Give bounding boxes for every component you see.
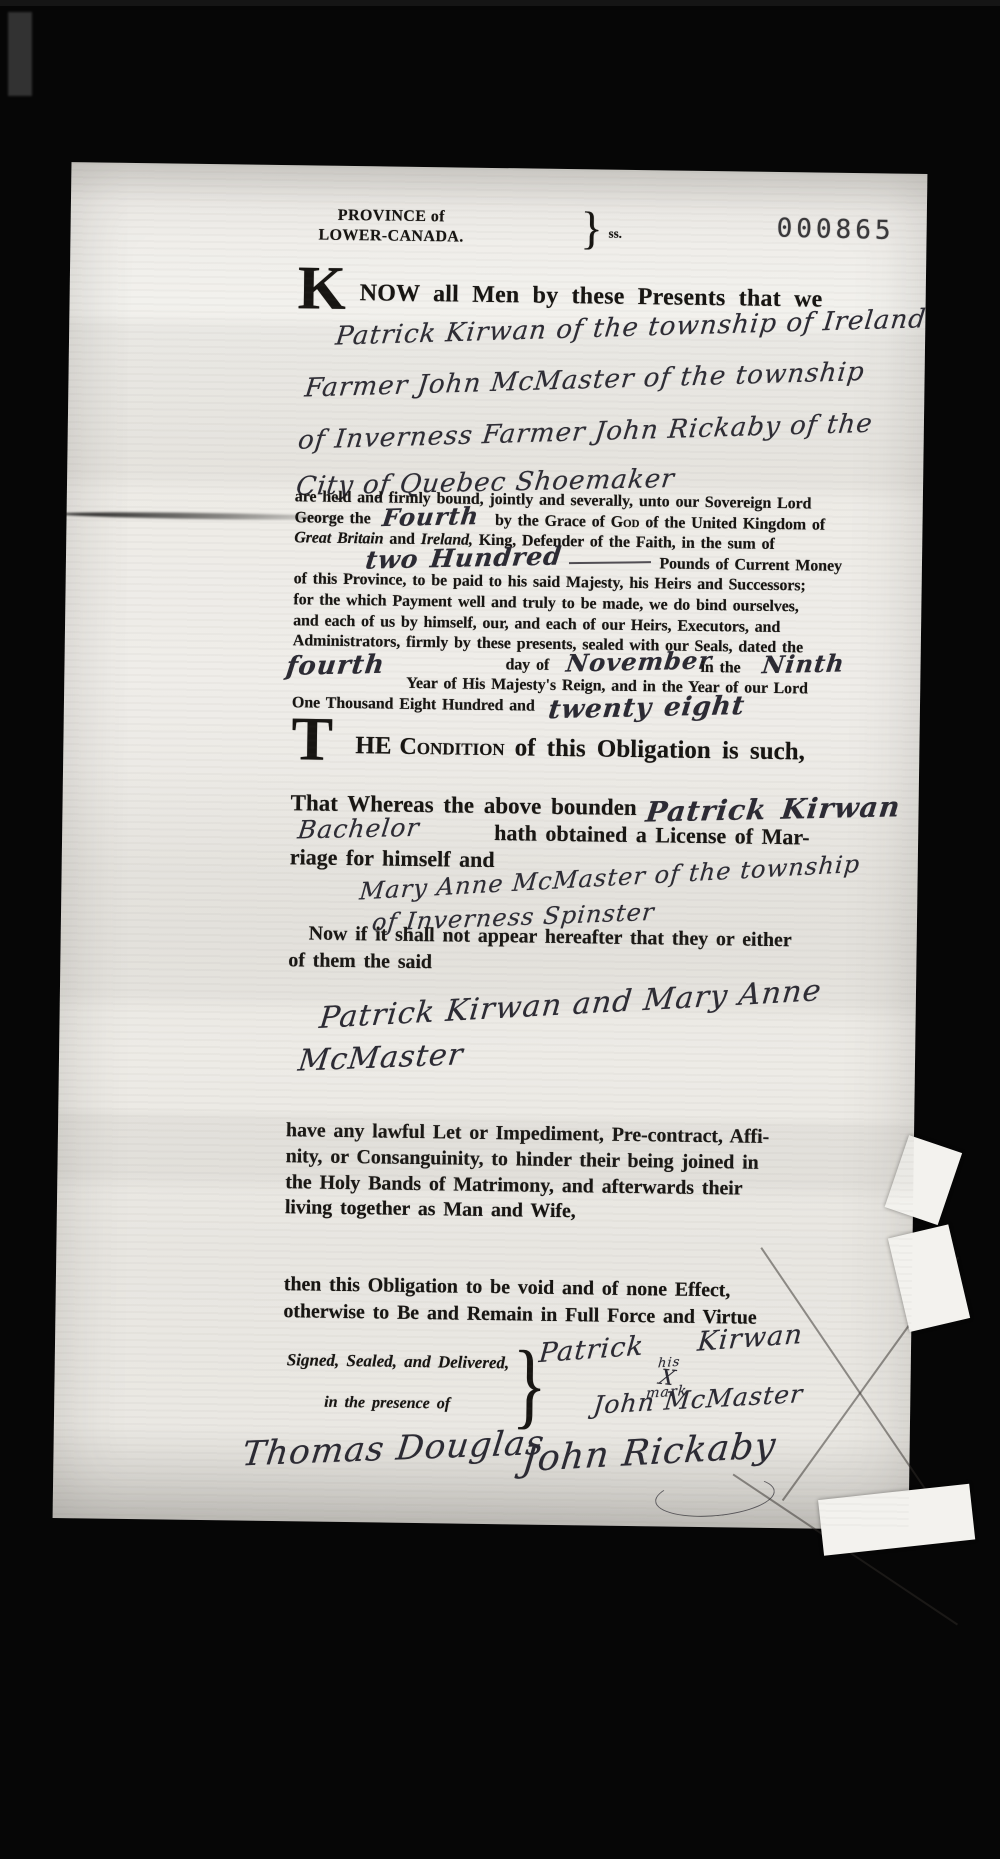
bond-line-2d: of the United Kingdom of — [645, 514, 825, 534]
closing-paragraph: then this Obligation to be void and of n… — [283, 1271, 757, 1331]
handwritten-month: November — [566, 655, 713, 668]
drop-cap-k: K — [297, 263, 346, 314]
handwritten-day: fourth — [286, 660, 386, 672]
whereas-line-3: riage for himself and — [290, 844, 495, 873]
handwritten-groom-name: Patrick Kirwan — [645, 802, 901, 817]
paper-tear-1 — [885, 1135, 963, 1225]
ink-dash — [569, 561, 651, 564]
bond-line-4b: Pounds of Current Money — [659, 554, 842, 577]
impediment-paragraph: have any lawful Let or Impediment, Pre-c… — [285, 1118, 770, 1228]
presence-line: in the presence of — [324, 1394, 450, 1414]
condition-rest: of this Obligation is such, — [514, 734, 805, 765]
handwritten-sum: two Hundred — [365, 551, 563, 565]
scan-edge-strip — [0, 0, 1000, 6]
handwritten-regnal-year: Ninth — [762, 658, 846, 670]
signature-groom-last: Kirwan — [696, 1319, 804, 1357]
document-page: PROVINCE of LOWER-CANADA. } ss. 000865 K… — [53, 162, 928, 1530]
handwritten-obligors-line3: of Inverness Farmer John Rickaby of the — [296, 409, 874, 456]
condition-he: HE — [355, 732, 391, 760]
paper-tear-3 — [818, 1484, 975, 1556]
god-smallcaps: God — [611, 513, 640, 530]
bond-line-2b: by the Grace of — [495, 512, 605, 531]
handwritten-couple-line1: Patrick Kirwan and Mary Anne — [318, 973, 824, 1036]
handwritten-couple-line2: McMaster — [296, 1037, 465, 1078]
condition-word-smallcaps: Condition — [399, 734, 505, 761]
whereas-line-5: of them the said — [288, 949, 432, 974]
signature-witness-douglas: Thomas Douglas — [240, 1423, 547, 1474]
drop-cap-t: T — [291, 714, 333, 765]
handwritten-year: twenty eight — [548, 701, 746, 715]
whereas-line-2: hath obtained a License of Mar- — [494, 820, 810, 850]
handwritten-regnal-name: Fourth — [382, 511, 480, 523]
handwritten-obligors-line1: Patrick Kirwan of the township of Irelan… — [334, 304, 928, 351]
whereas-line-4: Now if it shall not appear hereafter tha… — [309, 922, 792, 952]
paper-tear-2 — [888, 1224, 970, 1332]
condition-heading: HEConditionof this Obligation is such, — [355, 732, 805, 766]
stamp-serial-number: 000865 — [776, 214, 895, 246]
jurisdiction-brace: } — [580, 205, 603, 251]
bond-line-9a: day of — [505, 655, 549, 676]
bond-line-9b: in the — [700, 658, 740, 679]
signature-flourish — [653, 1471, 776, 1522]
handwritten-obligors-line2: Farmer John McMaster of the township — [303, 357, 866, 403]
jurisdiction-ss-abbrev: ss. — [608, 226, 622, 242]
jurisdiction-line1: PROVINCE of — [319, 206, 464, 228]
jurisdiction-caption: PROVINCE of LOWER-CANADA. — [318, 206, 464, 248]
jurisdiction-line2: LOWER-CANADA. — [318, 226, 463, 248]
signature-groom-first: Patrick — [538, 1331, 646, 1369]
signature-surety-rickaby: John Rickaby — [520, 1425, 778, 1480]
bond-paragraph: are held and firmly bound, jointly and s… — [292, 487, 843, 721]
scan-corner-artifact — [8, 12, 32, 96]
signed-sealed-line: Signed, Sealed, and Delivered, — [287, 1350, 510, 1373]
handwritten-groom-status: Bachelor — [296, 813, 421, 844]
